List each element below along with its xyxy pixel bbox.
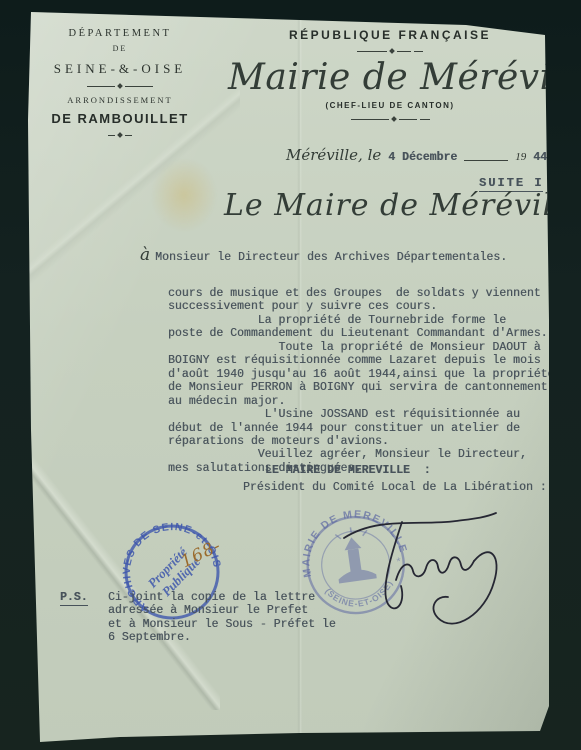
body-line: de Monsieur PERRON à BOIGNY qui servira … xyxy=(168,381,554,394)
departement-de: DE xyxy=(38,44,202,53)
body-line: successivement pour y suivre ces cours. xyxy=(168,300,554,313)
dateline-typed-date: 4 Décembre xyxy=(388,151,457,164)
small-ornament-icon xyxy=(105,133,135,137)
ps-text: Ci-joint la copie de la lettre adressée … xyxy=(108,591,336,645)
addressee-line: à Monsieur le Directeur des Archives Dép… xyxy=(140,245,507,265)
arrondissement-name: DE RAMBOUILLET xyxy=(38,111,202,126)
photographed-letter: { "letterhead": { "left": { "departement… xyxy=(0,0,581,750)
addressee-text: Monsieur le Directeur des Archives Dépar… xyxy=(155,251,507,264)
letterhead-center: RÉPUBLIQUE FRANÇAISE Mairie de Méréville… xyxy=(228,28,552,121)
dateline-place: Méréville, le xyxy=(286,146,381,164)
ps-line: adressée à Monsieur le Prefet xyxy=(108,604,336,617)
dateline-typed-year: 44 xyxy=(533,151,547,164)
mairie-title: Mairie de Méréville xyxy=(228,57,552,98)
departement-label: DÉPARTEMENT xyxy=(38,28,202,39)
body-line: réparations de moteurs d'avions. xyxy=(168,435,554,448)
signature xyxy=(338,496,510,638)
body-line: début de l'année 1944 pour constituer un… xyxy=(168,422,554,435)
canton-subtitle: (CHEF-LIEU DE CANTON) xyxy=(228,101,552,110)
body-line: au médecin major. xyxy=(168,395,554,408)
dateline: Méréville, le 4 Décembre 19 44 xyxy=(286,146,547,164)
ps-line: Ci-joint la copie de la lettre xyxy=(108,591,336,604)
republique-francaise: RÉPUBLIQUE FRANÇAISE xyxy=(228,28,552,42)
divider-ornament-icon xyxy=(83,84,157,88)
letter-paper: DÉPARTEMENT DE SEINE-&-OISE ARRONDISSEME… xyxy=(0,0,581,750)
letter-body: cours de musique et des Groupes de solda… xyxy=(168,287,554,475)
ps-label: P.S. xyxy=(60,591,88,606)
letterhead-left: DÉPARTEMENT DE SEINE-&-OISE ARRONDISSEME… xyxy=(38,28,202,137)
divider-ornament-icon xyxy=(350,49,430,53)
body-line: poste de Commandement du Lieutenant Comm… xyxy=(168,327,554,340)
body-line: Veuillez agréer, Monsieur le Directeur, xyxy=(168,448,554,461)
closing-maire: LE MAIRE DE MEREVILLE : xyxy=(265,464,431,477)
divider-ornament-icon xyxy=(342,117,438,121)
dateline-rule xyxy=(464,160,508,161)
arrondissement-label: ARRONDISSEMENT xyxy=(38,95,202,105)
body-line: cours de musique et des Groupes de solda… xyxy=(168,287,554,300)
body-line: BOIGNY est réquisitionnée comme Lazaret … xyxy=(168,354,554,367)
sender-title: Le Maire de Méréville xyxy=(224,188,581,223)
body-line: L'Usine JOSSAND est réquisitionnée au xyxy=(168,408,554,421)
ps-line: 6 Septembre. xyxy=(108,631,336,644)
body-line: La propriété de Tournebride forme le xyxy=(168,314,554,327)
addressee-a: à xyxy=(140,245,150,265)
body-line: Toute la propriété de Monsieur DAOUT à xyxy=(168,341,554,354)
departement-name: SEINE-&-OISE xyxy=(38,61,202,77)
body-line: d'août 1940 jusqu'au 16 août 1944,ainsi … xyxy=(168,368,554,381)
closing-president: Président du Comité Local de La Libérati… xyxy=(243,481,547,494)
ps-line: et à Monsieur le Sous - Préfet le xyxy=(108,618,336,631)
dateline-printed-19: 19 xyxy=(515,151,526,163)
